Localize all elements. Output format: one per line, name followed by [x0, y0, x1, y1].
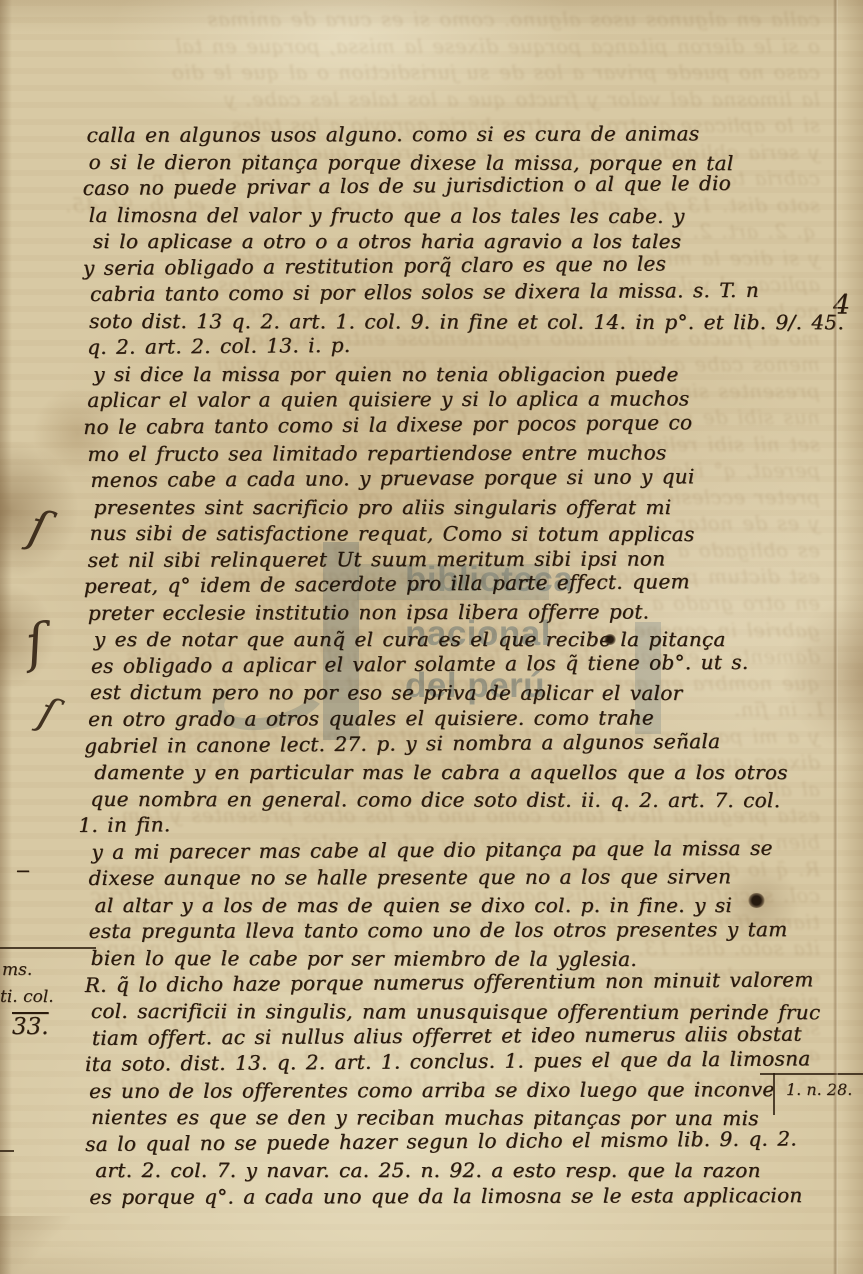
- manuscript-line: dixese aunque no se halle presente que n…: [89, 863, 849, 892]
- manuscript-line: 1. in fin.: [78, 806, 844, 839]
- ink-blot: [604, 634, 616, 645]
- bleedthrough-line: la limosna del valor y fructo que a los …: [60, 86, 820, 113]
- manuscript-line: q. 2. art. 2. col. 13. i. p.: [87, 328, 843, 360]
- manuscript-line: sa lo qual no se puede hazer segun lo di…: [85, 1125, 845, 1158]
- manuscript-line: preter ecclesie institutio non ipsa libe…: [88, 598, 848, 627]
- manuscript-line: y a mi parecer mas cabe al que dio pitan…: [91, 834, 851, 865]
- margin-number-33: 33.: [12, 1014, 49, 1040]
- margin-bracket-line: [773, 1073, 775, 1115]
- ink-flourish: ſ: [24, 499, 54, 556]
- bleedthrough-line: caso no puede privar a los de su jurisdi…: [60, 59, 820, 86]
- margin-note-left-1: ms.: [2, 960, 32, 980]
- ink-flourish: ſ: [22, 613, 49, 675]
- manuscript-line: y si dice la missa por quien no tenia ob…: [93, 361, 853, 388]
- ink-blot: [748, 893, 765, 908]
- manuscript-line: caso no puede privar a los de su jurisdi…: [83, 169, 843, 202]
- manuscript-line: presentes sint sacrificio pro aliis sing…: [94, 494, 854, 521]
- margin-rule: [0, 947, 96, 949]
- manuscript-line: pereat, q° idem de sacerdote pro illa pa…: [84, 567, 844, 600]
- manuscript-line: menos cabe a cada uno. y pruevase porque…: [90, 462, 850, 493]
- manuscript-line: es uno de los offerentes como arriba se …: [89, 1076, 849, 1105]
- handwriting-block: calla en algunos usos alguno. como si es…: [87, 120, 850, 1210]
- manuscript-line: est dictum pero no por eso se priva de a…: [90, 679, 850, 707]
- margin-bracket-line: [760, 1073, 863, 1075]
- margin-citation-right: 1. n. 28.: [786, 1080, 852, 1099]
- bleedthrough-line: o si le dieron pitança porque dixese la …: [60, 33, 820, 60]
- manuscript-scan: calla en algunos usos alguno. como si es…: [0, 0, 863, 1274]
- bleedthrough-line: calla en algunos usos alguno. como si es…: [60, 6, 820, 33]
- manuscript-line: es obligado a aplicar el valor solamte a…: [91, 648, 851, 679]
- margin-dash: ‒: [16, 858, 30, 883]
- manuscript-line: R. q̃ lo dicho haze porque numerus offer…: [85, 966, 845, 999]
- manuscript-line: calla en algunos usos alguno. como si es…: [87, 120, 847, 149]
- margin-rule: [0, 1150, 14, 1152]
- manuscript-line: al altar y a los de mas de quien se dixo…: [95, 892, 855, 919]
- manuscript-line: damente y en particular mas le cabra a a…: [94, 759, 854, 786]
- manuscript-line: la limosna del valor y fructo que a los …: [89, 202, 849, 230]
- ink-flourish: ſ: [33, 689, 61, 737]
- manuscript-line: nus sibi de satisfactione requat, Como s…: [90, 520, 850, 548]
- manuscript-line: esta pregunta lleva tanto como uno de lo…: [89, 916, 849, 945]
- page-edge-crease: [833, 0, 838, 1274]
- manuscript-line: gabriel in canone lect. 27. p. y si nomb…: [84, 727, 844, 760]
- manuscript-line: cabria tanto como si por ellos solos se …: [90, 277, 850, 308]
- manuscript-line: ita soto. dist. 13. q. 2. art. 1. conclu…: [85, 1045, 845, 1078]
- manuscript-line: art. 2. col. 7. y navar. ca. 25. n. 92. …: [95, 1157, 855, 1184]
- manuscript-line: no le cabra tanto como si la dixese por …: [83, 408, 843, 441]
- manuscript-line: es porque q°. a cada uno que da la limos…: [89, 1182, 849, 1211]
- margin-note-left-2: ti. col.: [0, 987, 54, 1007]
- corner-shading: [0, 1216, 70, 1274]
